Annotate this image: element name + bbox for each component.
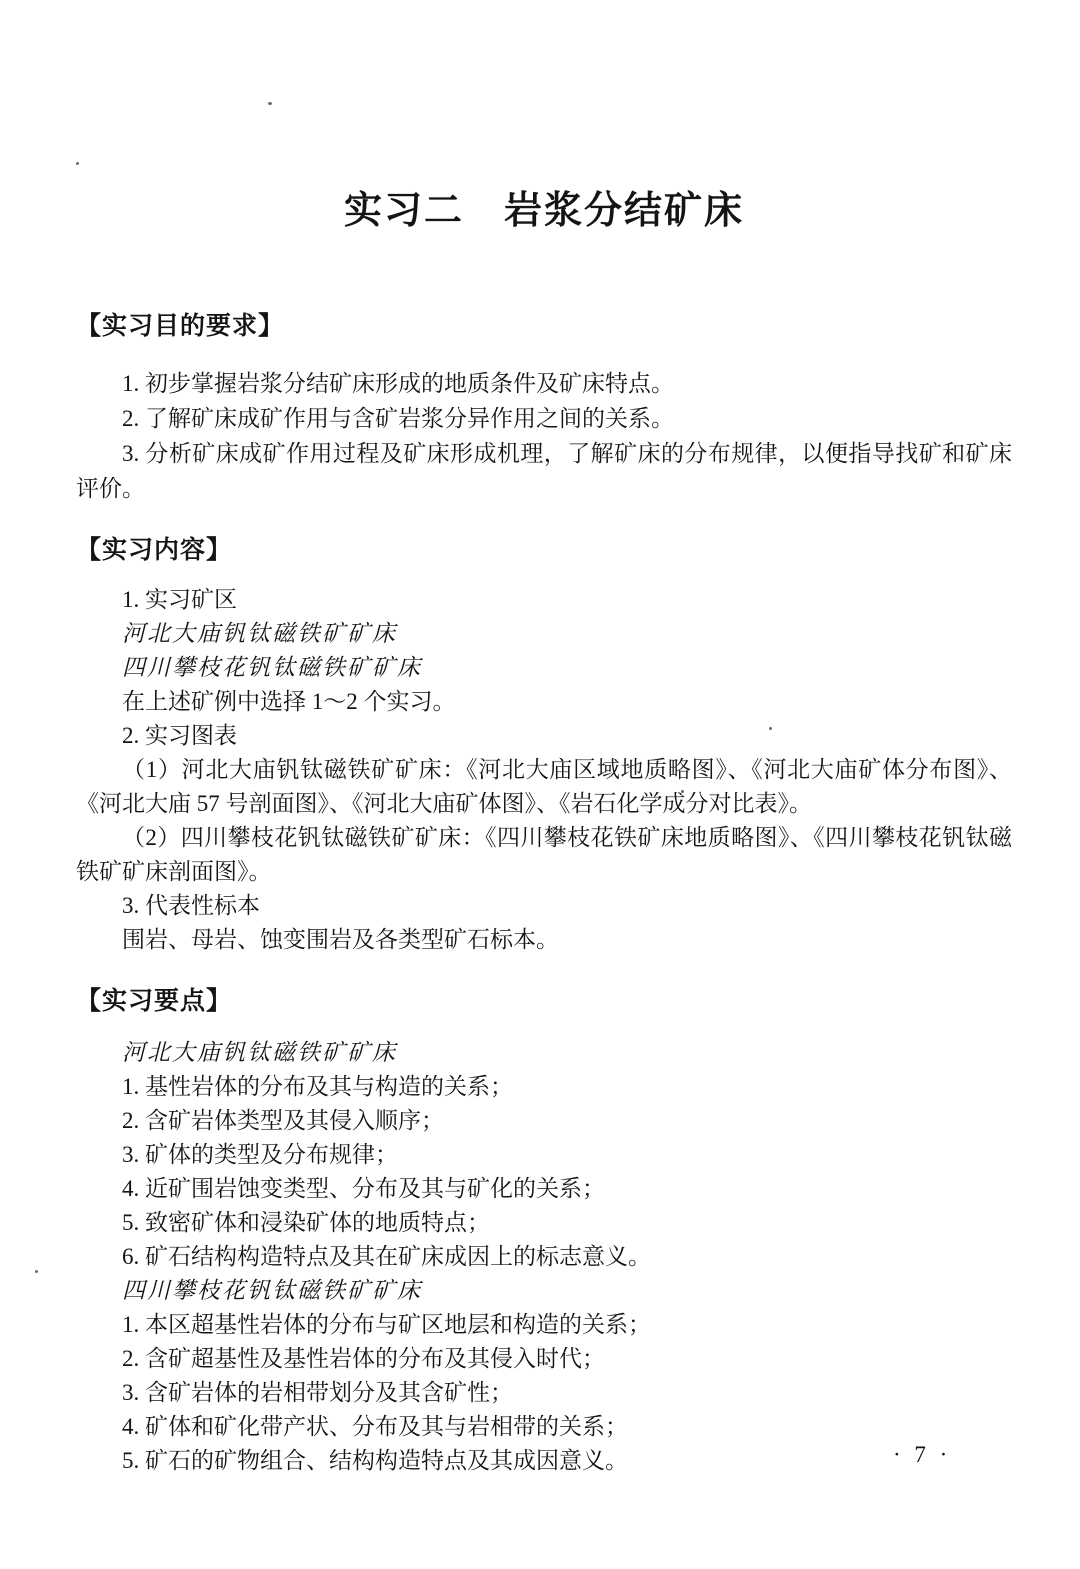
scan-artifact (545, 1362, 548, 1365)
scan-artifact (35, 1270, 38, 1273)
page-title: 实习二 岩浆分结矿床 (76, 186, 1012, 236)
keypoint-item: 1. 本区超基性岩体的分布与矿区地层和构造的关系； (76, 1308, 1012, 1342)
keypoint-item: 5. 矿石的矿物组合、结构构造特点及其成因意义。 (76, 1444, 1012, 1478)
section-heading-objectives: 【实习目的要求】 (76, 308, 1012, 345)
keypoint-item: 4. 近矿围岩蚀变类型、分布及其与矿化的关系； (76, 1172, 1012, 1206)
keypoint-item: 3. 含矿岩体的岩相带划分及其含矿性； (76, 1376, 1012, 1410)
keypoint-item: 6. 矿石结构构造特点及其在矿床成因上的标志意义。 (76, 1240, 1012, 1274)
content-line: （2）四川攀枝花钒钛磁铁矿矿床：《四川攀枝花铁矿床地质略图》、《四川攀枝花钒钛磁… (76, 821, 1012, 889)
mine-name-line: 河北大庙钒钛磁铁矿矿床 (76, 617, 1012, 651)
keypoint-item: 4. 矿体和矿化带产状、分布及其与岩相带的关系； (76, 1410, 1012, 1444)
content-line: （1）河北大庙钒钛磁铁矿矿床：《河北大庙区域地质略图》、《河北大庙矿体分布图》、… (76, 753, 1012, 821)
mine-name-line: 四川攀枝花钒钛磁铁矿矿床 (76, 1274, 1012, 1308)
content-line: 3. 代表性标本 (76, 889, 1012, 923)
section-content: 1. 实习矿区 河北大庙钒钛磁铁矿矿床 四川攀枝花钒钛磁铁矿矿床 在上述矿例中选… (76, 583, 1012, 957)
mine-name-line: 四川攀枝花钒钛磁铁矿矿床 (76, 651, 1012, 685)
section-heading-keypoints: 【实习要点】 (76, 983, 1012, 1020)
content-line: 围岩、母岩、蚀变围岩及各类型矿石标本。 (76, 923, 1012, 957)
objective-item: 2. 了解矿床成矿作用与含矿岩浆分异作用之间的关系。 (76, 401, 1012, 436)
page-number: · 7 · (893, 1440, 951, 1470)
mine-name-line: 河北大庙钒钛磁铁矿矿床 (76, 1036, 1012, 1070)
scan-artifact (76, 162, 79, 165)
keypoint-item: 2. 含矿超基性及基性岩体的分布及其侵入时代； (76, 1342, 1012, 1376)
section-heading-content: 【实习内容】 (76, 532, 1012, 569)
content-line: 2. 实习图表 (76, 719, 1012, 753)
objective-item: 1. 初步掌握岩浆分结矿床形成的地质条件及矿床特点。 (76, 366, 1012, 401)
scan-artifact (769, 727, 772, 730)
section-keypoints: 河北大庙钒钛磁铁矿矿床 1. 基性岩体的分布及其与构造的关系； 2. 含矿岩体类… (76, 1036, 1012, 1478)
content-line: 1. 实习矿区 (76, 583, 1012, 617)
scan-artifact (268, 102, 272, 105)
section-objectives: 1. 初步掌握岩浆分结矿床形成的地质条件及矿床特点。 2. 了解矿床成矿作用与含… (76, 366, 1012, 506)
objective-item: 3. 分析矿床成矿作用过程及矿床形成机理，了解矿床的分布规律，以便指导找矿和矿床… (76, 436, 1012, 506)
keypoint-item: 1. 基性岩体的分布及其与构造的关系； (76, 1070, 1012, 1104)
content-line: 在上述矿例中选择 1～2 个实习。 (76, 685, 1012, 719)
scan-artifact (681, 790, 684, 793)
scanned-document-page: 实习二 岩浆分结矿床 【实习目的要求】 1. 初步掌握岩浆分结矿床形成的地质条件… (0, 0, 1080, 1569)
page-content: 实习二 岩浆分结矿床 【实习目的要求】 1. 初步掌握岩浆分结矿床形成的地质条件… (76, 0, 1012, 1478)
keypoint-item: 5. 致密矿体和浸染矿体的地质特点； (76, 1206, 1012, 1240)
keypoint-item: 2. 含矿岩体类型及其侵入顺序； (76, 1104, 1012, 1138)
keypoint-item: 3. 矿体的类型及分布规律； (76, 1138, 1012, 1172)
